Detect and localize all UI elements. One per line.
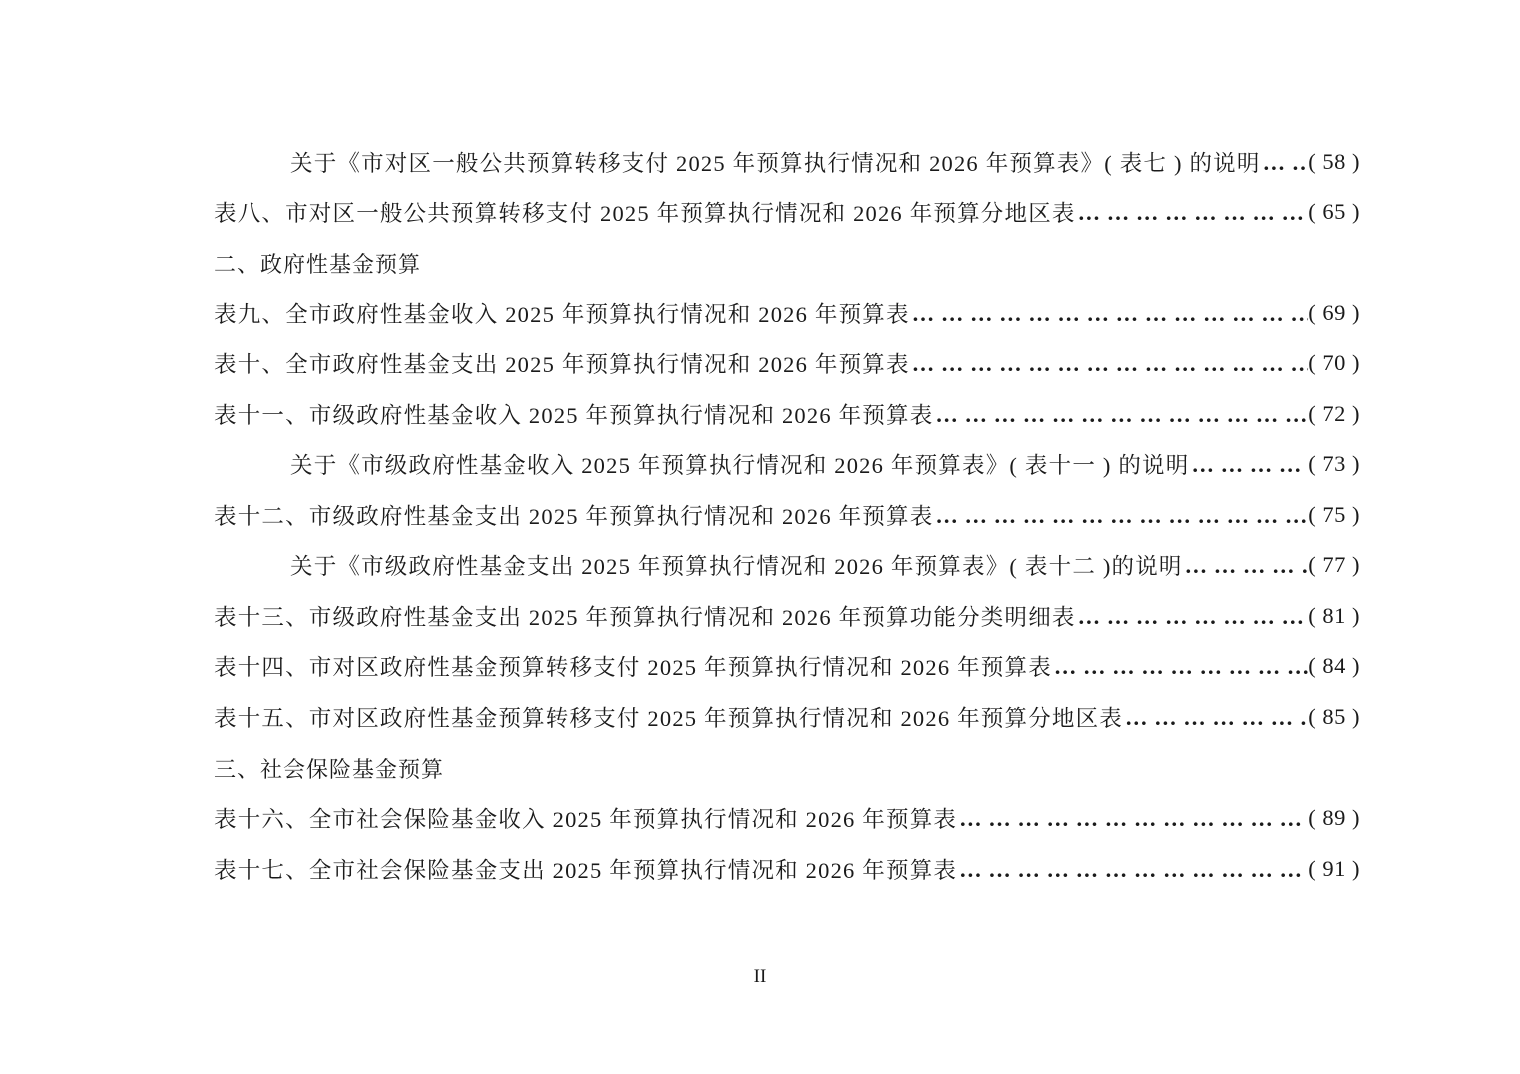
toc-entry-title: 表十六、全市社会保险基金收入 2025 年预算执行情况和 2026 年预算表 [214, 802, 957, 834]
section-heading: 三、社会保险基金预算 [214, 748, 444, 788]
toc-entry[interactable]: 表十六、全市社会保险基金收入 2025 年预算执行情况和 2026 年预算表 (… [214, 798, 1360, 838]
dot-leader [1185, 553, 1309, 579]
toc-entry[interactable]: 表十、全市政府性基金支出 2025 年预算执行情况和 2026 年预算表 ( 7… [214, 343, 1360, 383]
toc-entry[interactable]: 表十五、市对区政府性基金预算转移支付 2025 年预算执行情况和 2026 年预… [214, 697, 1360, 737]
toc-entry-title: 表十二、市级政府性基金支出 2025 年预算执行情况和 2026 年预算表 [214, 499, 933, 531]
toc-entry-page: ( 77 ) [1308, 552, 1360, 578]
dot-leader [1054, 654, 1308, 680]
dot-leader [959, 806, 1308, 832]
toc-entry-page: ( 85 ) [1308, 704, 1360, 730]
toc-entry[interactable]: 表九、全市政府性基金收入 2025 年预算执行情况和 2026 年预算表 ( 6… [214, 293, 1360, 333]
toc-entry-page: ( 72 ) [1308, 401, 1360, 427]
toc-entry[interactable]: 表十三、市级政府性基金支出 2025 年预算执行情况和 2026 年预算功能分类… [214, 596, 1360, 636]
toc-entry[interactable]: 表十七、全市社会保险基金支出 2025 年预算执行情况和 2026 年预算表 (… [214, 849, 1360, 889]
toc-entry-title: 表十、全市政府性基金支出 2025 年预算执行情况和 2026 年预算表 [214, 347, 910, 379]
toc-entry-page: ( 89 ) [1308, 805, 1360, 831]
toc-entry-page: ( 58 ) [1308, 149, 1360, 175]
dot-leader [1125, 705, 1308, 731]
toc-entry-title: 表十一、市级政府性基金收入 2025 年预算执行情况和 2026 年预算表 [214, 398, 933, 430]
toc-entry[interactable]: 表十一、市级政府性基金收入 2025 年预算执行情况和 2026 年预算表 ( … [214, 394, 1360, 434]
dot-leader [1263, 150, 1309, 176]
dot-leader [959, 857, 1308, 883]
toc-entry-page: ( 84 ) [1308, 653, 1360, 679]
toc-entry-title: 表九、全市政府性基金收入 2025 年预算执行情况和 2026 年预算表 [214, 297, 910, 329]
toc-entry-title: 表八、市对区一般公共预算转移支付 2025 年预算执行情况和 2026 年预算分… [214, 196, 1076, 228]
dot-leader [1191, 452, 1308, 478]
toc-entry-title: 关于《市级政府性基金收入 2025 年预算执行情况和 2026 年预算表》( 表… [214, 448, 1189, 480]
toc-entry[interactable]: 关于《市对区一般公共预算转移支付 2025 年预算执行情况和 2026 年预算表… [214, 142, 1360, 182]
dot-leader [1078, 200, 1309, 226]
dot-leader [1078, 604, 1309, 630]
toc-entry-title: 表十五、市对区政府性基金预算转移支付 2025 年预算执行情况和 2026 年预… [214, 701, 1123, 733]
toc-entry-title: 表十七、全市社会保险基金支出 2025 年预算执行情况和 2026 年预算表 [214, 853, 957, 885]
toc-entry-page: ( 70 ) [1308, 350, 1360, 376]
dot-leader [935, 402, 1308, 428]
toc-entry-page: ( 65 ) [1308, 199, 1360, 225]
toc-entry-title: 表十三、市级政府性基金支出 2025 年预算执行情况和 2026 年预算功能分类… [214, 600, 1076, 632]
toc-entry[interactable]: 表八、市对区一般公共预算转移支付 2025 年预算执行情况和 2026 年预算分… [214, 192, 1360, 232]
toc-entry-page: ( 81 ) [1308, 603, 1360, 629]
toc-entry-page: ( 73 ) [1308, 451, 1360, 477]
toc-entry-title: 关于《市级政府性基金支出 2025 年预算执行情况和 2026 年预算表》( 表… [214, 549, 1183, 581]
dot-leader [912, 351, 1309, 377]
toc-entry-page: ( 69 ) [1308, 300, 1360, 326]
dot-leader [935, 503, 1308, 529]
toc-entry[interactable]: 关于《市级政府性基金支出 2025 年预算执行情况和 2026 年预算表》( 表… [214, 545, 1360, 585]
toc-entry-title: 关于《市对区一般公共预算转移支付 2025 年预算执行情况和 2026 年预算表… [214, 146, 1261, 178]
toc-entry[interactable]: 表十四、市对区政府性基金预算转移支付 2025 年预算执行情况和 2026 年预… [214, 646, 1360, 686]
dot-leader [912, 301, 1309, 327]
toc-entry-page: ( 75 ) [1308, 502, 1360, 528]
toc-entry[interactable]: 表十二、市级政府性基金支出 2025 年预算执行情况和 2026 年预算表 ( … [214, 495, 1360, 535]
toc-entry[interactable]: 关于《市级政府性基金收入 2025 年预算执行情况和 2026 年预算表》( 表… [214, 444, 1360, 484]
toc-entry-page: ( 91 ) [1308, 856, 1360, 882]
page-number: II [0, 966, 1520, 988]
toc-entry-title: 表十四、市对区政府性基金预算转移支付 2025 年预算执行情况和 2026 年预… [214, 650, 1052, 682]
section-heading: 二、政府性基金预算 [214, 243, 421, 283]
